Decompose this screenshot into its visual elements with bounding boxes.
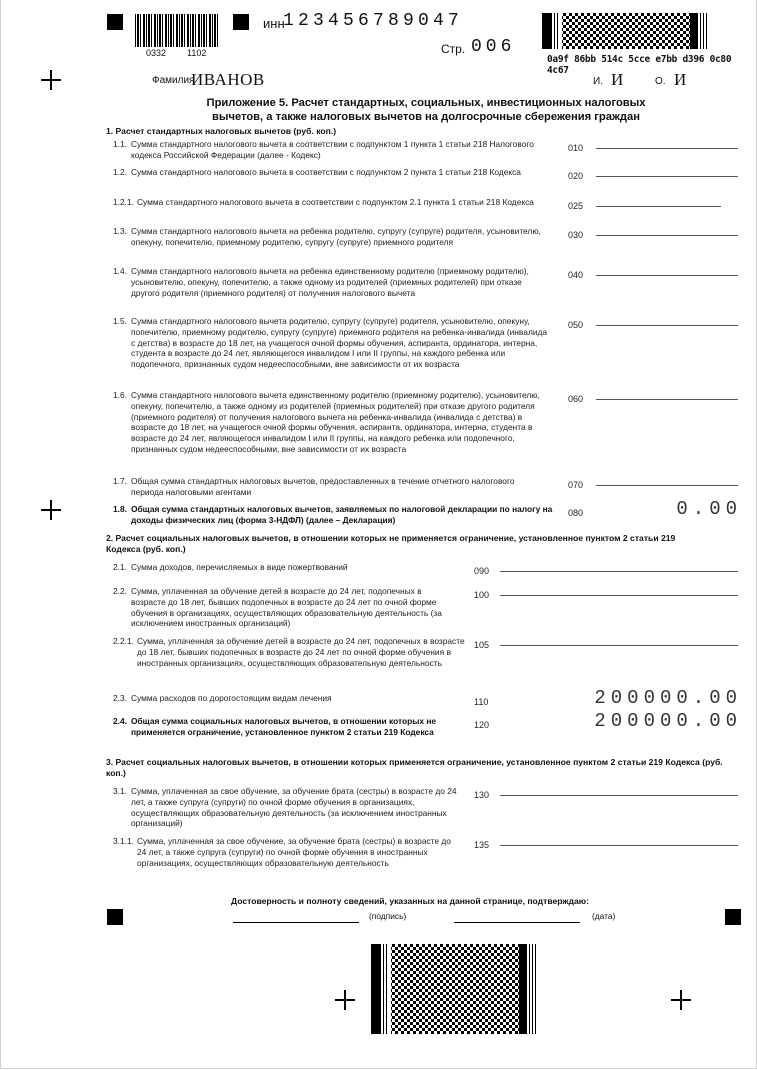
form-row-100: 2.2.Сумма, уплаченная за обучение детей … [113,586,458,629]
surname-label: Фамилия [152,75,194,86]
surname-value[interactable]: ИВАНОВ [191,70,265,90]
row-number: 1.8. [113,504,127,515]
value-field-060[interactable] [596,399,738,400]
line-code: 100 [474,590,489,600]
line-code: 135 [474,840,489,850]
barcode-number-2: 1102 [187,48,206,58]
row-number: 1.4. [113,266,127,277]
value-field-030[interactable] [596,235,738,236]
row-description: Общая сумма стандартных налоговых вычето… [113,476,543,498]
signature-label: (подпись) [369,911,406,921]
registration-cross-icon [671,990,691,1010]
form-row-010: 1.1.Сумма стандартного налогового вычета… [113,139,543,161]
value-field-080[interactable]: 0.00 [596,498,742,520]
row-number: 1.7. [113,476,127,487]
signature-field[interactable] [233,922,359,923]
row-description: Сумма, уплаченная за обучение детей в во… [113,636,468,668]
line-code: 050 [568,320,583,330]
inn-label: ИНН [263,16,285,31]
form-row-060: 1.6.Сумма стандартного налогового вычета… [113,390,553,455]
form-row-020: 1.2.Сумма стандартного налогового вычета… [113,167,543,178]
line-code: 130 [474,790,489,800]
row-number: 2.3. [113,693,127,704]
row-number: 1.2.1. [113,197,134,208]
value-field-040[interactable] [596,275,738,276]
section-2-heading: 2. Расчет социальных налоговых вычетов, … [106,533,696,555]
line-code: 120 [474,720,489,730]
line-code: 025 [568,201,583,211]
row-description: Сумма, уплаченная за свое обучение, за о… [113,836,458,868]
value-field-130[interactable] [500,795,738,796]
row-description: Сумма стандартного налогового вычета в с… [113,197,543,208]
form-title: Приложение 5. Расчет стандартных, социал… [191,96,661,124]
value-field-120[interactable]: 200000.00 [500,710,742,732]
name-initial[interactable]: И [611,70,623,90]
tax-form-page: 0332 1102 ИНН 123456789047 Стр. 006 0a9f… [0,0,757,1069]
row-number: 1.3. [113,226,127,237]
line-code: 020 [568,171,583,181]
value-field-050[interactable] [596,325,738,326]
row-number: 2.2.1. [113,636,134,647]
value-field-110[interactable]: 200000.00 [500,687,742,709]
linear-barcode [135,14,219,47]
row-number: 1.6. [113,390,127,401]
value-field-135[interactable] [500,845,738,846]
form-row-030: 1.3.Сумма стандартного налогового вычета… [113,226,543,248]
form-row-080: 1.8.Общая сумма стандартных налоговых вы… [113,504,553,526]
registration-cross-icon [335,990,355,1010]
form-row-050: 1.5.Сумма стандартного налогового вычета… [113,316,553,370]
row-description: Сумма доходов, перечисляемых в виде поже… [113,562,458,573]
row-number: 3.1. [113,786,127,797]
form-row-040: 1.4.Сумма стандартного налогового вычета… [113,266,543,298]
form-row-130: 3.1.Сумма, уплаченная за свое обучение, … [113,786,458,829]
section-1-heading: 1. Расчет стандартных налоговых вычетов … [106,126,336,137]
alignment-marker [233,14,249,30]
form-row-110: 2.3.Сумма расходов по дорогостоящим вида… [113,693,458,704]
value-field-105[interactable] [500,645,738,646]
alignment-marker [107,909,123,925]
registration-cross-icon [41,70,61,90]
row-description: Сумма стандартного налогового вычета род… [113,316,553,370]
line-code: 110 [474,697,488,707]
line-code: 060 [568,394,583,404]
row-description: Сумма стандартного налогового вычета еди… [113,390,553,455]
line-code: 090 [474,566,489,576]
form-row-090: 2.1.Сумма доходов, перечисляемых в виде … [113,562,458,573]
row-number: 2.4. [113,716,127,727]
registration-cross-icon [41,500,61,520]
pdf417-barcode-top [542,13,710,49]
value-field-020[interactable] [596,176,738,177]
value-field-070[interactable] [596,485,738,486]
patronymic-initial[interactable]: И [674,70,686,90]
barcode-hash: 0a9f 86bb 514c 5cce e7bb d396 0c80 4c67 [547,54,756,76]
row-description: Сумма стандартного налогового вычета в с… [113,167,543,178]
value-field-025[interactable] [596,206,721,207]
form-row-105: 2.2.1.Сумма, уплаченная за обучение дете… [113,636,468,668]
barcode-number-1: 0332 [146,48,166,58]
row-description: Сумма, уплаченная за свое обучение, за о… [113,786,458,829]
line-code: 070 [568,480,583,490]
row-description: Общая сумма социальных налоговых вычетов… [113,716,468,738]
alignment-marker [107,14,123,30]
row-description: Сумма, уплаченная за обучение детей в во… [113,586,458,629]
row-description: Сумма расходов по дорогостоящим видам ле… [113,693,458,704]
date-label: (дата) [592,911,615,921]
row-number: 2.2. [113,586,127,597]
value-field-010[interactable] [596,148,738,149]
page-label: Стр. [441,42,465,56]
form-row-070: 1.7.Общая сумма стандартных налоговых вы… [113,476,543,498]
row-number: 3.1.1. [113,836,134,847]
patronymic-label: О. [655,76,666,87]
inn-value: 123456789047 [283,11,463,31]
form-row-135: 3.1.1.Сумма, уплаченная за свое обучение… [113,836,458,868]
line-code: 105 [474,640,489,650]
form-row-120: 2.4.Общая сумма социальных налоговых выч… [113,716,468,738]
line-code: 080 [568,508,583,518]
row-description: Сумма стандартного налогового вычета на … [113,226,543,248]
row-number: 1.1. [113,139,127,150]
page-number: 006 [471,37,515,57]
section-3-heading: 3. Расчет социальных налоговых вычетов, … [106,757,726,779]
row-description: Общая сумма стандартных налоговых вычето… [113,504,553,526]
line-code: 030 [568,230,583,240]
name-label: И. [593,76,603,87]
row-description: Сумма стандартного налогового вычета на … [113,266,543,298]
value-field-090[interactable] [500,571,738,572]
date-field[interactable] [454,922,580,923]
pdf417-barcode-bottom [371,944,537,1034]
row-number: 1.5. [113,316,127,327]
confirmation-text: Достоверность и полноту сведений, указан… [231,896,589,906]
value-field-100[interactable] [500,595,738,596]
row-description: Сумма стандартного налогового вычета в с… [113,139,543,161]
form-row-025: 1.2.1.Сумма стандартного налогового выче… [113,197,543,208]
row-number: 1.2. [113,167,127,178]
line-code: 010 [568,143,583,153]
row-number: 2.1. [113,562,127,573]
line-code: 040 [568,270,583,280]
alignment-marker [725,909,741,925]
